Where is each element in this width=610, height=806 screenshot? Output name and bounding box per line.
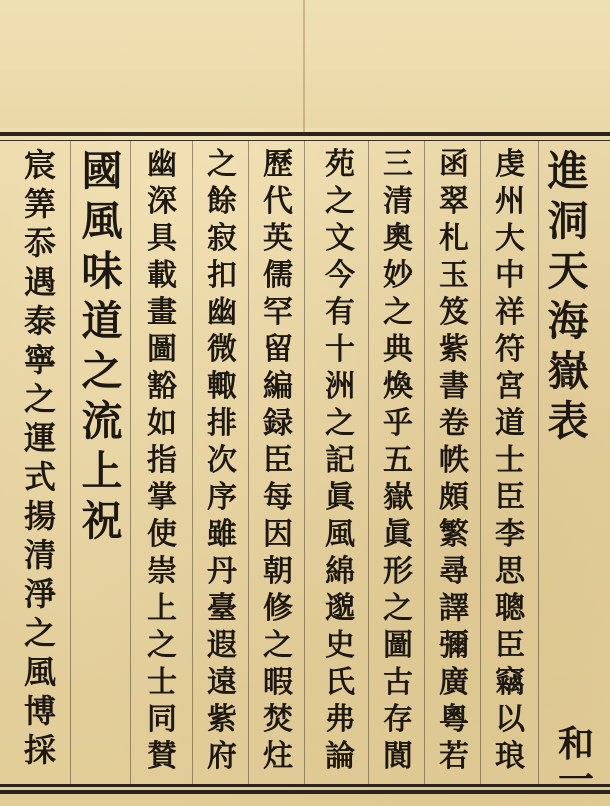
character: 宮 [485,368,535,405]
character: 序 [197,479,247,516]
character: 譯 [429,590,479,627]
character: 代 [253,183,303,220]
character: 士 [137,664,187,701]
character: 粵 [429,701,479,738]
character: 進 [543,146,593,196]
character: 流 [77,396,127,446]
colophon-mark: 〻 [556,370,570,390]
character: 之 [15,614,65,653]
character: 繁 [429,516,479,553]
character: 遠 [197,664,247,701]
character: 紫 [197,701,247,738]
character: 祥 [485,294,535,331]
character: 之 [77,346,127,396]
character: 表 [543,396,593,446]
text-column: 函翠札玉笈紫書卷帙頗繁尋譯彌廣粵若 [426,146,482,775]
character: 如 [137,405,187,442]
character: 眞 [373,516,423,553]
character: 士 [485,442,535,479]
character: 氏 [315,664,365,701]
character: 深 [137,183,187,220]
character: 圖 [137,331,187,368]
character: 之 [15,380,65,419]
character: 玉 [429,257,479,294]
character: 炷 [253,738,303,775]
character: 之 [197,146,247,183]
character: 丹 [197,553,247,590]
character: 載 [137,257,187,294]
character: 排 [197,405,247,442]
character: 綿 [315,553,365,590]
character: 揚 [15,497,65,536]
character: 暇 [253,664,303,701]
column-rule [538,141,539,784]
character: 以 [485,701,535,738]
character: 歷 [253,146,303,183]
character: 苑 [315,146,365,183]
character: 翠 [429,183,479,220]
character: 餘 [197,183,247,220]
character: 五 [373,442,423,479]
character: 符 [485,331,535,368]
character: 豁 [137,368,187,405]
top-margin [0,0,610,128]
scanned-page: 進洞天海嶽表 虔州大中祥符宮道士臣李思聰臣竊以琅 函翠札玉笈紫書卷帙頗繁尋譯彌廣… [0,0,610,806]
character: 之 [315,405,365,442]
character: 幽 [197,294,247,331]
character: 紫 [429,331,479,368]
frame-bottom-outer-border [0,790,610,794]
character: 邈 [315,590,365,627]
character: 遇 [15,263,65,302]
character: 道 [77,296,127,346]
character: 天 [543,246,593,296]
character: 筭 [15,185,65,224]
frame-top-border [0,132,610,136]
character: 竊 [485,664,535,701]
frame-bottom-border [0,784,610,787]
character: 府 [197,738,247,775]
character: 輙 [197,368,247,405]
character: 運 [15,419,65,458]
column-rule [192,141,193,784]
character: 式 [15,458,65,497]
character: 指 [137,442,187,479]
character: 眞 [315,479,365,516]
character: 採 [15,731,65,770]
character: 笈 [429,294,479,331]
character: 同 [137,701,187,738]
character: 臺 [197,590,247,627]
character: 三 [373,146,423,183]
character: 海 [543,296,593,346]
text-column: 之餘寂扣幽微輙排次序雖丹臺遐遠紫府 [194,146,250,775]
character: 閬 [373,738,423,775]
character: 有 [315,294,365,331]
character: 存 [373,701,423,738]
character: 記 [315,442,365,479]
page-marker-character: 和 [558,726,594,762]
character: 卷 [429,405,479,442]
character: 寧 [15,341,65,380]
character: 道 [485,405,535,442]
character: 焚 [253,701,303,738]
character: 李 [485,516,535,553]
character: 洲 [315,368,365,405]
text-column: 歷代英儒罕留編録臣每因朝修之暇焚炷 [250,146,306,775]
character: 清 [373,183,423,220]
text-column: 幽深具載畫圖豁如指掌使崇上之士同賛 [134,146,190,775]
character: 琅 [485,738,535,775]
character: 每 [253,479,303,516]
character: 祝 [77,496,127,546]
character: 帙 [429,442,479,479]
character: 十 [315,331,365,368]
character: 風 [77,196,127,246]
character: 尋 [429,553,479,590]
character: 遐 [197,627,247,664]
character: 煥 [373,368,423,405]
text-column: 苑之文今有十洲之記眞風綿邈史氏弗論 [312,146,368,775]
character: 圖 [373,627,423,664]
text-column: 國風味道之流上祝 [74,146,130,546]
character: 聰 [485,590,535,627]
character: 大 [485,220,535,257]
character: 留 [253,331,303,368]
character: 中 [485,257,535,294]
character: 編 [253,368,303,405]
character: 之 [253,627,303,664]
character: 形 [373,553,423,590]
character: 彌 [429,627,479,664]
character: 乎 [373,405,423,442]
character: 微 [197,331,247,368]
character: 扣 [197,257,247,294]
character: 使 [137,516,187,553]
text-column-title: 進洞天海嶽表 [540,146,596,446]
character: 畫 [137,294,187,331]
character: 儒 [253,257,303,294]
character: 風 [15,653,65,692]
character: 録 [253,405,303,442]
character: 因 [253,516,303,553]
column-rule [130,141,131,784]
page-marker: 和一 [548,726,604,798]
character: 文 [315,220,365,257]
character: 罕 [253,294,303,331]
character: 妙 [373,257,423,294]
character: 賛 [137,738,187,775]
character: 札 [429,220,479,257]
character: 頗 [429,479,479,516]
character: 今 [315,257,365,294]
character: 味 [77,246,127,296]
character: 弗 [315,701,365,738]
character: 典 [373,331,423,368]
character: 虔 [485,146,535,183]
character: 嶽 [373,479,423,516]
column-rule [368,141,369,784]
character: 修 [253,590,303,627]
character: 上 [137,590,187,627]
character: 古 [373,664,423,701]
character: 州 [485,183,535,220]
character: 廣 [429,664,479,701]
character: 朝 [253,553,303,590]
character: 寂 [197,220,247,257]
character: 奧 [373,220,423,257]
character: 洞 [543,196,593,246]
character: 忝 [15,224,65,263]
text-column: 三清奧妙之典煥乎五嶽眞形之圖古存閬 [370,146,426,775]
character: 掌 [137,479,187,516]
character: 具 [137,220,187,257]
character: 淨 [15,575,65,614]
character: 臣 [253,442,303,479]
character: 若 [429,738,479,775]
character: 之 [137,627,187,664]
character: 泰 [15,302,65,341]
character: 之 [315,183,365,220]
text-column: 宸筭忝遇泰寧之運式揚清淨之風博採 [12,146,68,770]
page-fold-line [303,0,305,136]
text-column: 虔州大中祥符宮道士臣李思聰臣竊以琅 [482,146,538,775]
character: 函 [429,146,479,183]
frame-top-inner-border [0,140,610,141]
character: 臣 [485,479,535,516]
character: 幽 [137,146,187,183]
character: 國 [77,146,127,196]
character: 之 [373,294,423,331]
character: 書 [429,368,479,405]
character: 崇 [137,553,187,590]
character: 博 [15,692,65,731]
character: 論 [315,738,365,775]
character: 臣 [485,627,535,664]
character: 英 [253,220,303,257]
character: 風 [315,516,365,553]
character: 次 [197,442,247,479]
character: 宸 [15,146,65,185]
character: 上 [77,446,127,496]
character: 清 [15,536,65,575]
character: 雖 [197,516,247,553]
column-rule [70,141,71,784]
character: 之 [373,590,423,627]
character: 史 [315,627,365,664]
character: 思 [485,553,535,590]
